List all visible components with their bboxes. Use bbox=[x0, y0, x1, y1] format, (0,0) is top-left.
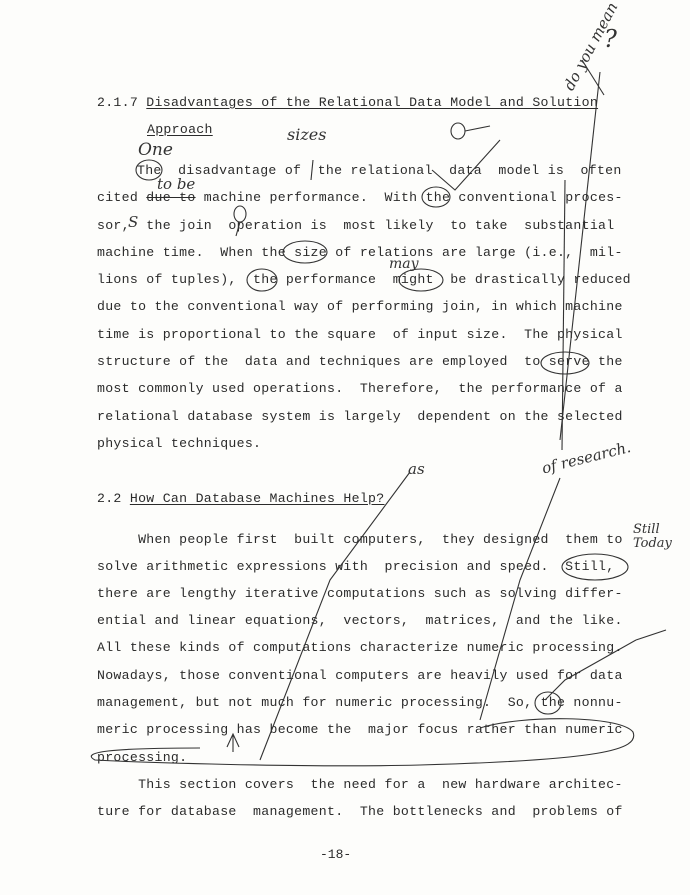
insert-caret-icon bbox=[227, 734, 239, 752]
circle-phrase-icon bbox=[91, 719, 633, 766]
document-page: 2.1.7 Disadvantages of the Relational Da… bbox=[0, 0, 690, 895]
circle-serve-icon bbox=[541, 352, 589, 374]
circle-might-icon bbox=[399, 269, 443, 291]
pen-marks bbox=[0, 0, 690, 895]
circle-the-icon bbox=[535, 692, 561, 714]
circle-the-icon bbox=[422, 187, 450, 207]
circle-size-icon bbox=[283, 241, 327, 263]
circle-still-icon bbox=[562, 554, 628, 580]
circle-the-icon bbox=[247, 269, 277, 291]
margin-stroke-icon bbox=[560, 72, 600, 440]
circle-the-icon bbox=[136, 160, 162, 180]
